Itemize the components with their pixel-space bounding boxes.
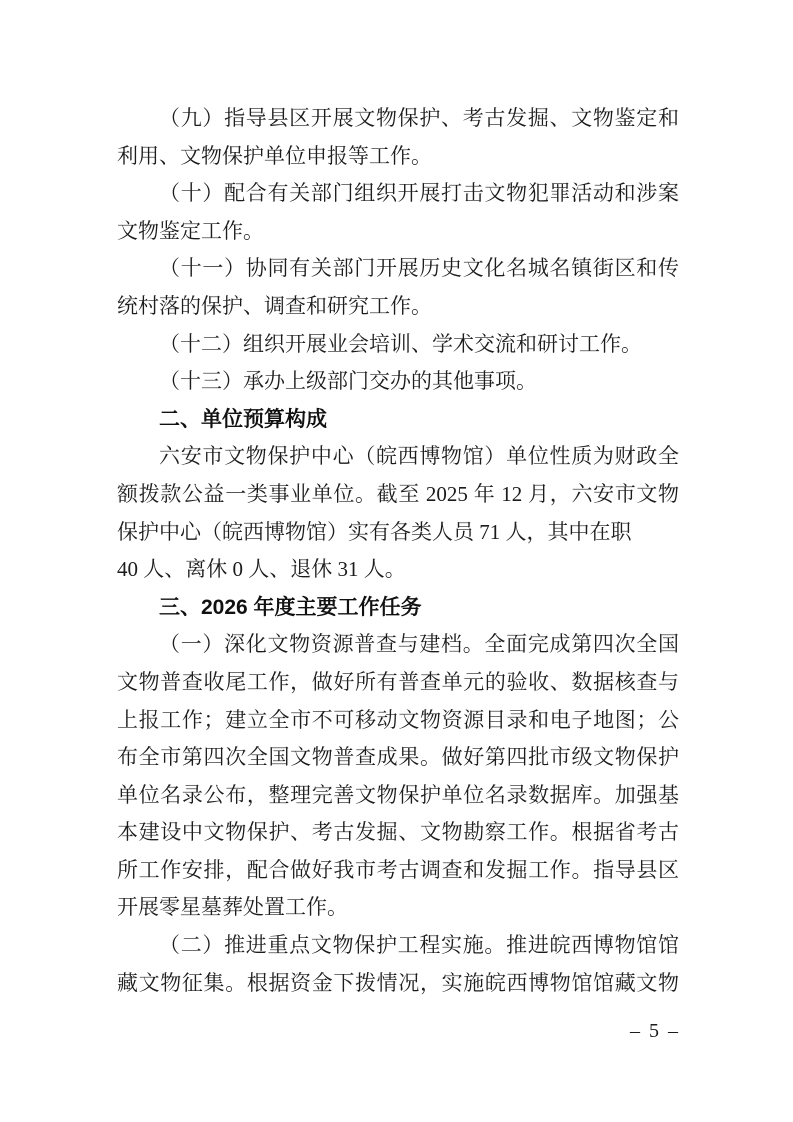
text-line: （十）配合有关部门组织开展打击文物犯罪活动和涉案 [117, 175, 679, 213]
section-heading: 三、2026 年度主要工作任务 [117, 589, 679, 627]
text-line: （二）推进重点文物保护工程实施。推进皖西博物馆馆 [117, 927, 679, 965]
text-line: 统村落的保护、调查和研究工作。 [117, 288, 679, 326]
text-line: （九）指导县区开展文物保护、考古发掘、文物鉴定和 [117, 100, 679, 138]
text-line: 文物普查收尾工作，做好所有普查单元的验收、数据核查与 [117, 664, 679, 702]
text-line: （一）深化文物资源普查与建档。全面完成第四次全国 [117, 626, 679, 664]
text-line: 六安市文物保护中心（皖西博物馆）单位性质为财政全 [117, 438, 679, 476]
text-line: 开展零星墓葬处置工作。 [117, 889, 679, 927]
text-line: 利用、文物保护单位申报等工作。 [117, 138, 679, 176]
text-line: 额拨款公益一类事业单位。截至 2025 年 12 月，六安市文物 [117, 476, 679, 514]
document-body: （九）指导县区开展文物保护、考古发掘、文物鉴定和利用、文物保护单位申报等工作。（… [117, 100, 679, 1002]
text-line: （十三）承办上级部门交办的其他事项。 [117, 363, 679, 401]
text-line: 上报工作；建立全市不可移动文物资源目录和电子地图；公 [117, 702, 679, 740]
text-line: 藏文物征集。根据资金下拨情况，实施皖西博物馆馆藏文物 [117, 965, 679, 1003]
text-line: 布全市第四次全国文物普查成果。做好第四批市级文物保护 [117, 739, 679, 777]
section-heading: 二、单位预算构成 [117, 401, 679, 439]
text-line: 40 人、离休 0 人、退休 31 人。 [117, 551, 679, 589]
document-page: （九）指导县区开展文物保护、考古发掘、文物鉴定和利用、文物保护单位申报等工作。（… [0, 0, 793, 1122]
text-line: （十二）组织开展业会培训、学术交流和研讨工作。 [117, 326, 679, 364]
text-line: 所工作安排，配合做好我市考古调查和发掘工作。指导县区 [117, 852, 679, 890]
text-line: 本建设中文物保护、考古发掘、文物勘察工作。根据省考古 [117, 814, 679, 852]
page-number: – 5 – [630, 1017, 680, 1045]
text-line: 保护中心（皖西博物馆）实有各类人员 71 人，其中在职 [117, 514, 679, 552]
text-line: （十一）协同有关部门开展历史文化名城名镇街区和传 [117, 250, 679, 288]
text-line: 单位名录公布，整理完善文物保护单位名录数据库。加强基 [117, 777, 679, 815]
text-line: 文物鉴定工作。 [117, 213, 679, 251]
